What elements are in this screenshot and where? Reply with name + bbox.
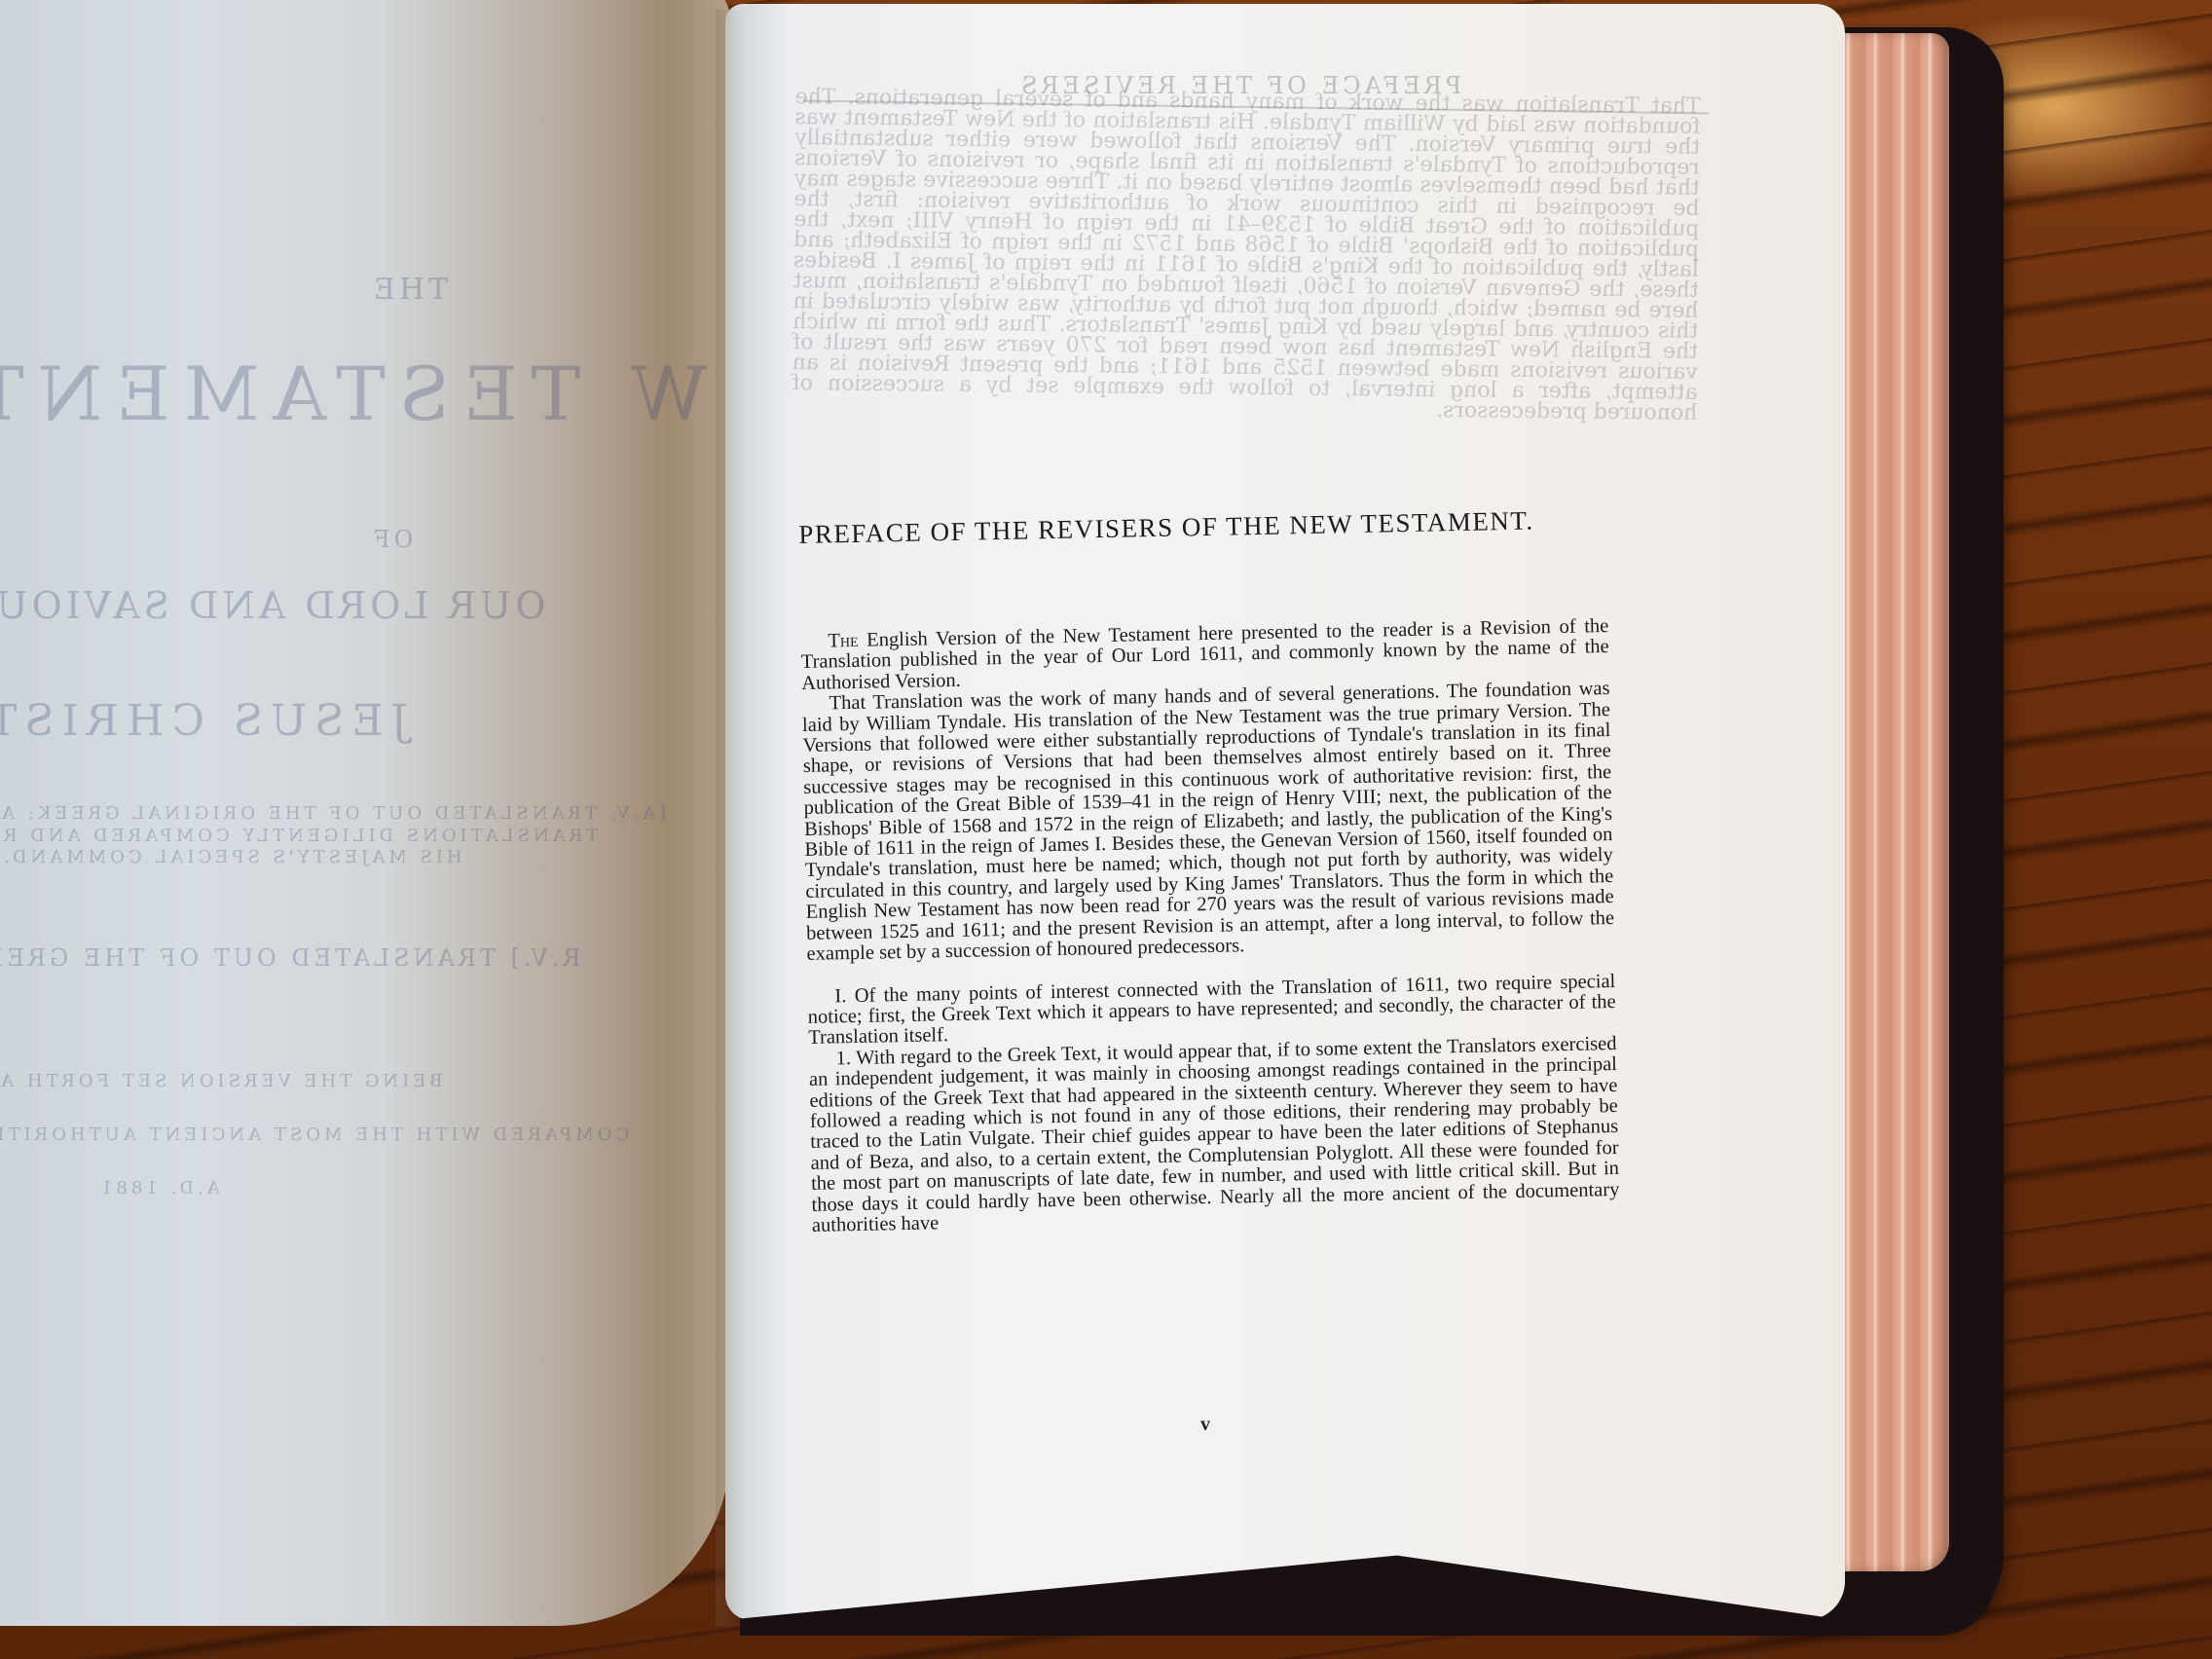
paragraph-text: 1. With regard to the Greek Text, it wou… (809, 1033, 1620, 1236)
show-through-text: That Translation was the work of many ha… (792, 87, 1700, 424)
ghost-text: A.D. 1881 (97, 1178, 220, 1198)
ghost-text: [A.V. TRANSLATED OUT OF THE ORIGINAL GRE… (0, 803, 666, 824)
ghost-text: COMPARED WITH THE MOST ANCIENT AUTHORITI… (0, 1124, 629, 1145)
ghost-text: HIS MAJESTY'S SPECIAL COMMAND. (0, 847, 462, 867)
left-page: THE NEW TESTAMENT OF OUR LORD AND SAVIOU… (0, 0, 730, 1626)
paragraph-text: That Translation was the work of many ha… (802, 678, 1614, 965)
ghost-text: OUR LORD AND SAVIOUR (0, 584, 545, 627)
page-number: v (1200, 1414, 1210, 1436)
ghost-text: OF (370, 526, 413, 553)
paragraph: That Translation was the work of many ha… (801, 679, 1614, 965)
page-title: PREFACE OF THE REVISERS OF THE NEW TESTA… (798, 504, 1606, 550)
photo-scene: THE NEW TESTAMENT OF OUR LORD AND SAVIOU… (0, 0, 2212, 1659)
ghost-text: JESUS CHRIST (0, 696, 408, 746)
ghost-text: R.V.] TRANSLATED OUT OF THE GREEK (0, 944, 580, 972)
paragraph: 1. With regard to the Greek Text, it wou… (808, 1034, 1620, 1237)
ghost-text: TRANSLATIONS DILIGENTLY COMPARED AND R (0, 826, 598, 846)
ghost-text: BEING THE VERSION SET FORTH A.D. (0, 1071, 443, 1091)
ghost-text: THE (370, 273, 448, 307)
page-content: PREFACE OF THE REVISERS OF THE NEW TESTA… (798, 504, 1620, 1236)
paragraph-lead: The (828, 630, 859, 652)
right-page: PREFACE OF THE REVISERS That Translation… (725, 4, 1845, 1620)
book-gutter (716, 10, 745, 1626)
